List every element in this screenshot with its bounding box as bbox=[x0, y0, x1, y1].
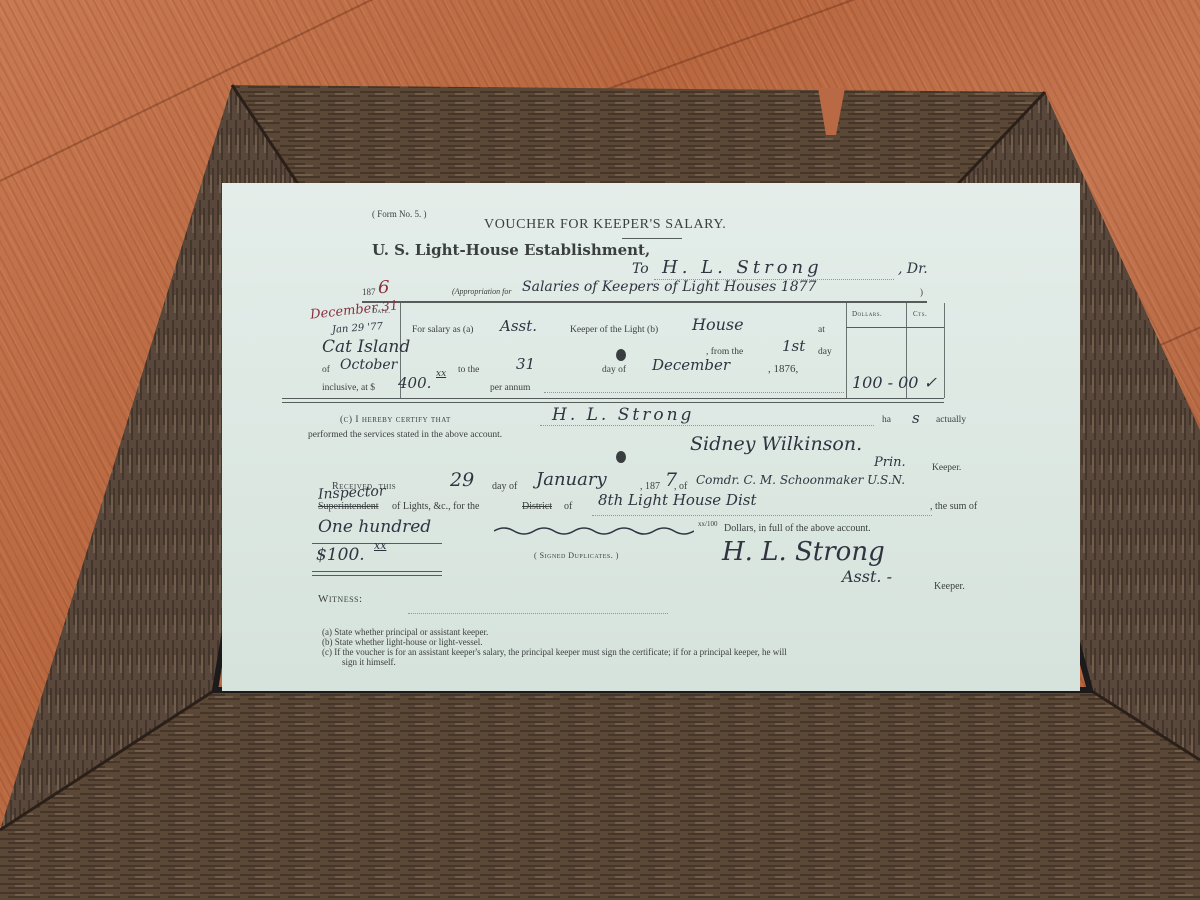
amount-in-figures: $100. bbox=[316, 545, 365, 565]
keeper-label-receipt: Keeper. bbox=[934, 581, 965, 592]
footnotes: (a) State whether principal or assistant… bbox=[322, 627, 787, 667]
at-label: at bbox=[818, 325, 825, 335]
date-value-2: Jan 29 '77 bbox=[332, 321, 384, 336]
figures-rule-bottom bbox=[312, 571, 442, 572]
appropriation-close: ) bbox=[920, 287, 923, 297]
table-bottom-rule bbox=[282, 398, 944, 399]
signed-duplicates-label: ( Signed Duplicates. ) bbox=[534, 551, 619, 560]
to-day-value: 31 bbox=[516, 355, 535, 373]
punch-hole bbox=[616, 349, 626, 361]
year-prefix: 187 bbox=[362, 287, 376, 297]
amount-figures-cents: xx bbox=[374, 539, 386, 552]
to-year-value: , 1876, bbox=[768, 363, 798, 375]
amount-header-rule bbox=[846, 327, 944, 328]
establishment-name: U. S. Light-House Establishment, bbox=[372, 241, 650, 259]
dollars-full-label: Dollars, in full of the above account. bbox=[724, 523, 871, 534]
salary-voucher-document: ( Form No. 5. ) VOUCHER FOR KEEPER'S SAL… bbox=[222, 183, 1080, 691]
of-label: of bbox=[322, 365, 330, 375]
keeper-type-value: Asst. bbox=[500, 317, 537, 335]
has-label: ha bbox=[882, 415, 891, 425]
rate-cents: xx bbox=[436, 369, 446, 379]
sum-of-label: , the sum of bbox=[930, 501, 977, 512]
keeper-label-certificate: Keeper. bbox=[932, 463, 961, 473]
certified-name: H. L. Strong bbox=[552, 405, 694, 425]
title-rule bbox=[622, 238, 682, 239]
amount-in-words: One hundred bbox=[318, 517, 431, 537]
to-month-value: December bbox=[652, 356, 730, 374]
amount-fill-squiggle bbox=[494, 523, 694, 537]
cents-fraction: xx/100 bbox=[698, 520, 717, 528]
amount-value: 100 - 00 ✓ bbox=[852, 373, 937, 392]
appropriation-value: Salaries of Keepers of Light Houses 1877 bbox=[522, 279, 816, 295]
table-right-border bbox=[944, 303, 945, 398]
footnote-c: (c) If the voucher is for an assistant k… bbox=[322, 647, 787, 657]
salary-as-label: For salary as (a) bbox=[412, 325, 473, 335]
rate-leader-dots bbox=[544, 392, 844, 393]
payee-role: Asst. - bbox=[842, 567, 892, 586]
punch-hole bbox=[616, 451, 626, 463]
to-the-label: to the bbox=[458, 365, 479, 375]
form-number: ( Form No. 5. ) bbox=[372, 209, 427, 219]
payee-name: H. L. Strong bbox=[662, 257, 823, 278]
lights-label: of Lights, &c., for the bbox=[392, 501, 479, 512]
header-rule bbox=[362, 301, 927, 303]
payee-signature: H. L. Strong bbox=[722, 537, 885, 567]
per-annum-label: per annum bbox=[490, 383, 530, 393]
cents-header: Cts. bbox=[913, 310, 927, 318]
day-label: day bbox=[818, 347, 832, 357]
appropriation-label: (Appropriation for bbox=[452, 287, 511, 296]
inspector-name: Comdr. C. M. Schoonmaker U.S.N. bbox=[696, 473, 905, 487]
certify-label: (c) I hereby certify that bbox=[340, 415, 451, 425]
has-value: s bbox=[912, 409, 920, 427]
district-value: 8th Light House Dist bbox=[598, 491, 756, 509]
keeper-of-light-label: Keeper of the Light (b) bbox=[570, 325, 658, 335]
footnote-b: (b) State whether light-house or light-v… bbox=[322, 637, 787, 647]
superintendent-struck: Superintendent bbox=[318, 501, 379, 512]
district-of-label: of bbox=[564, 501, 572, 512]
rate-label: inclusive, at $ bbox=[322, 383, 375, 393]
footnote-a: (a) State whether principal or assistant… bbox=[322, 627, 787, 637]
from-day-value: 1st bbox=[782, 337, 805, 355]
district-struck: District bbox=[522, 501, 552, 512]
to-prefix: To bbox=[632, 261, 649, 277]
figures-rule-bottom-2 bbox=[312, 575, 442, 576]
received-day: 29 bbox=[450, 469, 474, 491]
actually-label: actually bbox=[936, 415, 966, 425]
from-month-value: October bbox=[340, 357, 397, 373]
certified-name-line bbox=[540, 425, 874, 426]
district-line bbox=[592, 515, 932, 516]
payee-suffix: , Dr. bbox=[898, 261, 928, 277]
date-value-1: December 31 bbox=[309, 298, 398, 322]
day-of-label: day of bbox=[602, 365, 626, 375]
witness-label: Witness: bbox=[318, 593, 363, 605]
inspector-title-handwritten: Inspector bbox=[318, 483, 386, 503]
received-month: January bbox=[536, 469, 607, 490]
table-bottom-rule-2 bbox=[282, 402, 944, 403]
station-name: Cat Island bbox=[322, 337, 410, 357]
witness-line bbox=[408, 613, 668, 614]
rate-value: 400. bbox=[398, 374, 431, 392]
document-title: VOUCHER FOR KEEPER'S SALARY. bbox=[484, 217, 726, 233]
certificate-line-2: performed the services stated in the abo… bbox=[308, 430, 502, 440]
light-type-value: House bbox=[692, 315, 744, 334]
principal-keeper-signature: Sidney Wilkinson. bbox=[690, 433, 862, 455]
day-of-label-receipt: day of bbox=[492, 481, 517, 492]
footnote-c-continued: sign it himself. bbox=[322, 657, 787, 667]
dollars-column-divider bbox=[846, 303, 847, 398]
dollars-header: Dollars. bbox=[852, 310, 882, 318]
principal-keeper-role: Prin. bbox=[874, 455, 906, 470]
year-suffix: 6 bbox=[378, 277, 389, 298]
